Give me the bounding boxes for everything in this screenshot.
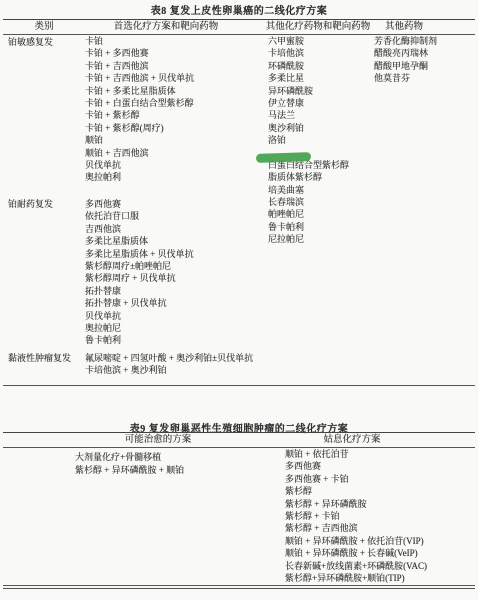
palliative-regimen-item: 紫杉醇+异环磷酰胺+顺铂(TIP) — [285, 572, 427, 584]
other-drugs-list: 芳香化酶抑制剂醋酸亮丙瑞林醋酸甲地孕酮他莫昔芬 — [374, 35, 437, 85]
table8-header-other-chemo: 其他化疗药物和靶向药物 — [266, 21, 371, 33]
chemo-drug-item: 帕唑帕尼 — [268, 208, 349, 220]
preferred-regimen-list-platinum-resistant: 多西他赛依托泊苷口服吉西他滨多柔比星脂质体多柔比星脂质体 + 贝伐单抗紫杉醇周疗… — [85, 198, 194, 347]
table8-header-other-drugs: 其他药物 — [385, 21, 423, 33]
preferred-regimen-item: 顺铂 — [85, 134, 194, 146]
chemo-drug-item: 多柔比星 — [268, 72, 349, 84]
preferred-regimen-item: 卡铂 + 吉西他滨 + 贝伐单抗 — [85, 72, 194, 84]
other-drug-item: 醋酸亮丙瑞林 — [374, 47, 437, 59]
preferred-regimen-item: 多西他赛 — [85, 198, 194, 210]
category-mucinous-recurrence: 黏液性肿瘤复发 — [8, 352, 71, 364]
preferred-regimen-item: 奥拉帕利 — [85, 171, 194, 183]
chemo-drug-item: 马法兰 — [268, 109, 349, 121]
chemo-drug-item: 卡培他滨 — [268, 47, 349, 59]
preferred-regimen-item: 卡铂 + 白蛋白结合型紫杉醇 — [85, 97, 194, 109]
preferred-regimen-item: 拓扑替康 + 贝伐单抗 — [85, 297, 194, 309]
palliative-regimen-item: 顺铂 + 依托泊苷 — [285, 448, 427, 460]
table8-title: 表8 复发上皮性卵巢癌的二线化疗方案 — [0, 2, 478, 17]
palliative-regimen-item: 紫杉醇 + 异环磷酰胺 — [285, 498, 427, 510]
preferred-regimen-item: 紫杉醇周疗 + 贝伐单抗 — [85, 272, 194, 284]
preferred-regimen-item: 鲁卡帕利 — [85, 334, 194, 346]
other-chemo-targeted-list: 六甲蜜胺卡培他滨环磷酰胺多柔比星异环磷酰胺伊立替康马法兰奥沙利铂洛铂白蛋白结合型… — [268, 35, 349, 246]
palliative-regimen-item: 紫杉醇 — [285, 485, 427, 497]
chemo-drug-item: 环磷酰胺 — [268, 60, 349, 72]
preferred-regimen-list-mucinous: 氟尿嘧啶 + 四氢叶酸 + 奥沙利铂±贝伐单抗卡培他滨 + 奥沙利铂 — [85, 352, 253, 377]
palliative-regimen-item: 多西他赛 — [285, 460, 427, 472]
palliative-regimen-item: 紫杉醇 + 吉西他滨 — [285, 522, 427, 534]
curative-regimen-item: 紫杉醇 + 异环磷酰胺 + 顺铂 — [75, 464, 184, 477]
curative-regimen-item: 大剂量化疗+骨髓移植 — [75, 451, 184, 464]
palliative-regimen-item: 紫杉醇 + 卡铂 — [285, 510, 427, 522]
table9-rule-top — [3, 432, 475, 433]
preferred-regimen-item: 拓扑替康 — [85, 285, 194, 297]
chemo-drug-item: 洛铂 — [268, 134, 349, 146]
preferred-regimen-item: 多柔比星脂质体 — [85, 235, 194, 247]
preferred-regimen-item: 卡铂 + 多柔比星脂质体 — [85, 85, 194, 97]
table9-header-palliative: 姑息化疗方案 — [323, 434, 380, 446]
table8-header-preferred: 首选化疗方案和靶向药物 — [114, 21, 219, 33]
table8-rule-top — [3, 19, 475, 20]
table9-rule-bottom-inner — [3, 588, 475, 589]
chemo-drug-item: 长春瑞滨 — [268, 196, 349, 208]
preferred-regimen-item: 顺铂 + 吉西他滨 — [85, 147, 194, 159]
palliative-regimen-item: 顺铂 + 异环磷酰胺 + 长春碱(VeIP) — [285, 547, 427, 559]
preferred-regimen-item: 卡铂 + 吉西他滨 — [85, 60, 194, 72]
chemo-drug-item: 异环磷酰胺 — [268, 85, 349, 97]
chemo-drug-item: 脂质体紫杉醇 — [268, 171, 349, 183]
preferred-regimen-item: 卡铂 + 多西他赛 — [85, 47, 194, 59]
table8-rule-bottom — [3, 385, 475, 386]
palliative-regimen-item: 长春新碱+放线菌素+环磷酰胺(VAC) — [285, 560, 427, 572]
other-drug-item: 他莫昔芬 — [374, 72, 437, 84]
preferred-regimen-item: 贝伐单抗 — [85, 310, 194, 322]
preferred-regimen-item: 卡铂 — [85, 35, 194, 47]
other-drug-item: 醋酸甲地孕酮 — [374, 60, 437, 72]
chemo-drug-item: 鲁卡帕利 — [268, 221, 349, 233]
preferred-regimen-item: 依托泊苷口服 — [85, 210, 194, 222]
category-platinum-resistant: 铂耐药复发 — [8, 198, 53, 210]
document-scan: 表8 复发上皮性卵巢癌的二线化疗方案 类别 首选化疗方案和靶向药物 其他化疗药物… — [0, 0, 478, 600]
palliative-regimen-list: 顺铂 + 依托泊苷多西他赛多西他赛 + 卡铂紫杉醇紫杉醇 + 异环磷酰胺紫杉醇 … — [285, 448, 427, 584]
table9-header-curative: 可能治愈的方案 — [125, 434, 192, 446]
table8-header-category: 类别 — [34, 21, 53, 33]
chemo-drug-item: 伊立替康 — [268, 97, 349, 109]
other-drug-item: 芳香化酶抑制剂 — [374, 35, 437, 47]
preferred-regimen-item: 奥拉帕尼 — [85, 322, 194, 334]
curative-regimen-list: 大剂量化疗+骨髓移植紫杉醇 + 异环磷酰胺 + 顺铂 — [75, 451, 184, 477]
chemo-drug-item: 六甲蜜胺 — [268, 35, 349, 47]
preferred-regimen-item: 卡铂 + 紫杉醇(周疗) — [85, 122, 194, 134]
palliative-regimen-item: 顺铂 + 异环磷酰胺 + 依托泊苷(VIP) — [285, 535, 427, 547]
category-platinum-sensitive: 铂敏感复发 — [8, 36, 53, 48]
preferred-regimen-item: 氟尿嘧啶 + 四氢叶酸 + 奥沙利铂±贝伐单抗 — [85, 352, 253, 364]
table9-rule-bottom-outer — [3, 585, 475, 586]
preferred-regimen-item: 卡培他滨 + 奥沙利铂 — [85, 364, 253, 376]
green-marker-highlight — [256, 152, 311, 163]
preferred-regimen-item: 贝伐单抗 — [85, 159, 194, 171]
chemo-drug-item: 尼拉帕尼 — [268, 233, 349, 245]
preferred-regimen-list-platinum-sensitive: 卡铂卡铂 + 多西他赛卡铂 + 吉西他滨卡铂 + 吉西他滨 + 贝伐单抗卡铂 +… — [85, 35, 194, 184]
preferred-regimen-item: 紫杉醇周疗±帕唑帕尼 — [85, 260, 194, 272]
preferred-regimen-item: 卡铂 + 紫杉醇 — [85, 109, 194, 121]
chemo-drug-item: 培美曲塞 — [268, 184, 349, 196]
preferred-regimen-item: 吉西他滨 — [85, 223, 194, 235]
palliative-regimen-item: 多西他赛 + 卡铂 — [285, 473, 427, 485]
chemo-drug-item: 奥沙利铂 — [268, 122, 349, 134]
preferred-regimen-item: 多柔比星脂质体 + 贝伐单抗 — [85, 248, 194, 260]
